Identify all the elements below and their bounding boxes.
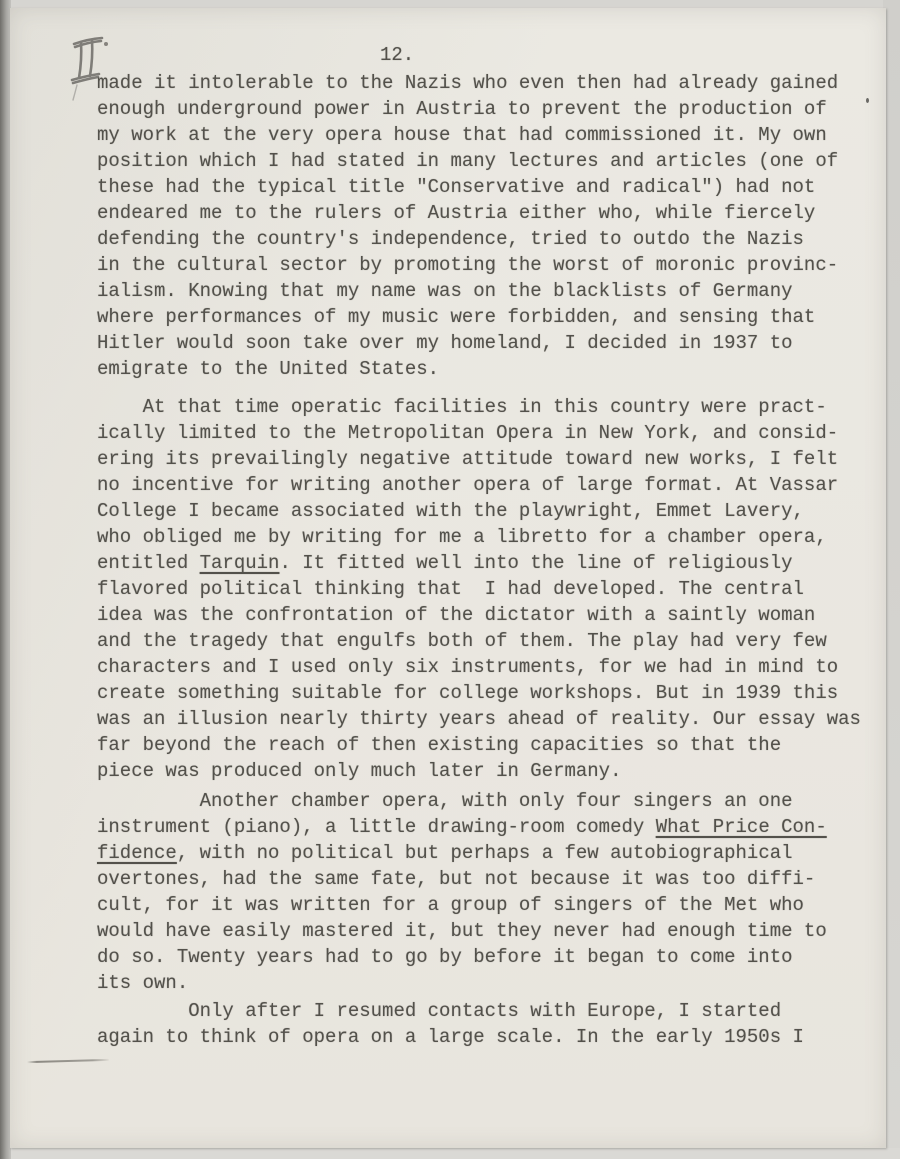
typed-text-segment: instrument (piano), a little drawing-roo… [97, 816, 656, 838]
typed-line: again to think of opera on a large scale… [97, 1024, 887, 1050]
typed-text-segment: Only after I resumed contacts with Europ… [97, 1000, 781, 1022]
typed-line: my work at the very opera house that had… [97, 122, 887, 148]
typed-line: where performances of my music were forb… [97, 304, 887, 330]
typed-text-segment: would have easily mastered it, but they … [97, 920, 827, 942]
typed-line: idea was the confrontation of the dictat… [97, 602, 887, 628]
typed-text-segment: flavored political thinking that I had d… [97, 578, 804, 600]
typed-line: characters and I used only six instrumen… [97, 654, 887, 680]
paragraph-3: Another chamber opera, with only four si… [97, 788, 887, 996]
typed-text-segment: ically limited to the Metropolitan Opera… [97, 422, 838, 444]
typed-line: made it intolerable to the Nazis who eve… [97, 70, 887, 96]
typed-line: emigrate to the United States. [97, 356, 887, 382]
typed-text-segment: , with no political but perhaps a few au… [177, 842, 793, 864]
typed-text-segment: characters and I used only six instrumen… [97, 656, 838, 678]
page-number: 12. [380, 44, 414, 66]
typed-text-segment: do so. Twenty years had to go by before … [97, 946, 793, 968]
typed-line: ering its prevailingly negative attitude… [97, 446, 887, 472]
typed-line: enough underground power in Austria to p… [97, 96, 887, 122]
typed-text-segment: who obliged me by writing for me a libre… [97, 526, 827, 548]
typed-text-segment: again to think of opera on a large scale… [97, 1026, 804, 1048]
typed-text-segment: and the tragedy that engulfs both of the… [97, 630, 827, 652]
typed-line: create something suitable for college wo… [97, 680, 887, 706]
typed-line: fidence, with no political but perhaps a… [97, 840, 887, 866]
typed-line: Only after I resumed contacts with Europ… [97, 998, 887, 1024]
typed-line: endeared me to the rulers of Austria eit… [97, 200, 887, 226]
typed-text-segment: position which I had stated in many lect… [97, 150, 838, 172]
typed-text-segment: ialism. Knowing that my name was on the … [97, 280, 793, 302]
typed-line: instrument (piano), a little drawing-roo… [97, 814, 887, 840]
typed-line: who obliged me by writing for me a libre… [97, 524, 887, 550]
typed-text-segment: . It fitted well into the line of religi… [279, 552, 792, 574]
typed-line: entitled Tarquin. It fitted well into th… [97, 550, 887, 576]
underlined-title-text: What Price Con- [656, 816, 827, 838]
typed-text-segment: my work at the very opera house that had… [97, 124, 827, 146]
scanner-edge-bottom [0, 1148, 900, 1159]
typed-line: Hitler would soon take over my homeland,… [97, 330, 887, 356]
typed-line: ically limited to the Metropolitan Opera… [97, 420, 887, 446]
typed-text-segment: enough underground power in Austria to p… [97, 98, 827, 120]
typed-text-segment: its own. [97, 972, 188, 994]
typed-line: these had the typical title "Conservativ… [97, 174, 887, 200]
typed-text-segment: defending the country's independence, tr… [97, 228, 804, 250]
typed-line: was an illusion nearly thirty years ahea… [97, 706, 887, 732]
underlined-title-text: fidence [97, 842, 177, 864]
typed-line: do so. Twenty years had to go by before … [97, 944, 887, 970]
paragraph-1: made it intolerable to the Nazis who eve… [97, 70, 887, 382]
pencil-line [27, 1059, 109, 1063]
paragraph-4: Only after I resumed contacts with Europ… [97, 998, 887, 1050]
typed-line: far beyond the reach of then existing ca… [97, 732, 887, 758]
typed-line: flavored political thinking that I had d… [97, 576, 887, 602]
typed-text-segment: overtones, had the same fate, but not be… [97, 868, 815, 890]
typed-text-segment: far beyond the reach of then existing ca… [97, 734, 781, 756]
typed-text-segment: At that time operatic facilities in this… [97, 396, 827, 418]
typed-text-segment: entitled [97, 552, 200, 574]
typed-text-segment: create something suitable for college wo… [97, 682, 838, 704]
typed-line: position which I had stated in many lect… [97, 148, 887, 174]
typed-text-segment: Hitler would soon take over my homeland,… [97, 332, 793, 354]
typed-line: no incentive for writing another opera o… [97, 472, 887, 498]
typed-line: ialism. Knowing that my name was on the … [97, 278, 887, 304]
typed-text-segment: these had the typical title "Conservativ… [97, 176, 815, 198]
typed-text-segment: idea was the confrontation of the dictat… [97, 604, 815, 626]
typed-text-segment: where performances of my music were forb… [97, 306, 815, 328]
typed-text: made it intolerable to the Nazis who eve… [97, 70, 887, 1050]
typed-line: cult, for it was written for a group of … [97, 892, 887, 918]
underlined-title-text: Tarquin [200, 552, 280, 574]
typed-line: piece was produced only much later in Ge… [97, 758, 887, 784]
typed-line: Another chamber opera, with only four si… [97, 788, 887, 814]
paragraph-2: At that time operatic facilities in this… [97, 394, 887, 784]
typed-text-segment: made it intolerable to the Nazis who eve… [97, 72, 838, 94]
typed-line: At that time operatic facilities in this… [97, 394, 887, 420]
typed-text-segment: Another chamber opera, with only four si… [97, 790, 793, 812]
typed-text-segment: no incentive for writing another opera o… [97, 474, 838, 496]
typed-text-segment: endeared me to the rulers of Austria eit… [97, 202, 815, 224]
typed-text-segment: in the cultural sector by promoting the … [97, 254, 838, 276]
typed-line: would have easily mastered it, but they … [97, 918, 887, 944]
typed-text-segment: College I became associated with the pla… [97, 500, 804, 522]
typed-line: and the tragedy that engulfs both of the… [97, 628, 887, 654]
typed-line: overtones, had the same fate, but not be… [97, 866, 887, 892]
typed-line: its own. [97, 970, 887, 996]
typed-text-segment: was an illusion nearly thirty years ahea… [97, 708, 861, 730]
typed-line: in the cultural sector by promoting the … [97, 252, 887, 278]
typed-text-segment: ering its prevailingly negative attitude… [97, 448, 838, 470]
typed-line: College I became associated with the pla… [97, 498, 887, 524]
typed-text-segment: cult, for it was written for a group of … [97, 894, 804, 916]
scanned-document-view: II. 12. made it intolerable to the Nazis [0, 0, 900, 1159]
typed-text-segment: piece was produced only much later in Ge… [97, 760, 622, 782]
typed-text-segment: emigrate to the United States. [97, 358, 439, 380]
typed-line: defending the country's independence, tr… [97, 226, 887, 252]
